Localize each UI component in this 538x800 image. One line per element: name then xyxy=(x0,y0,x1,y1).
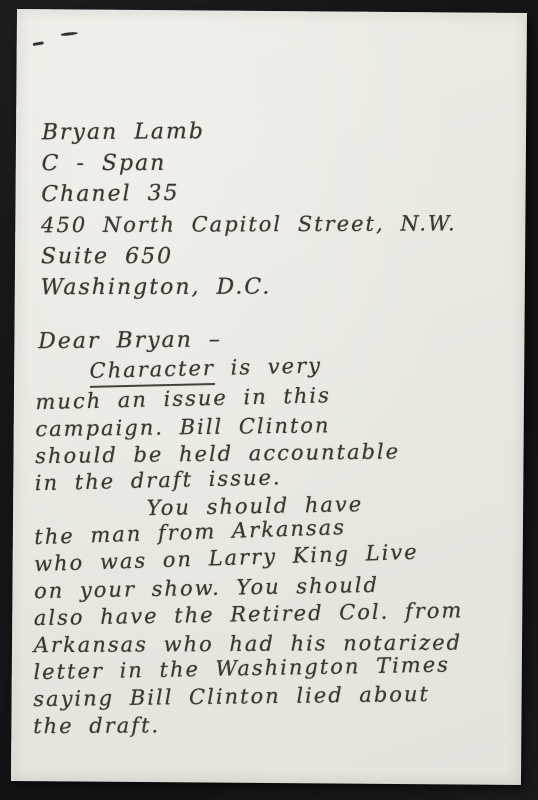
body-line: saying Bill Clinton lied about xyxy=(33,680,519,713)
address-line: Suite 650 xyxy=(41,241,457,272)
letter-paper: Bryan Lamb C - Span Chanel 35 450 North … xyxy=(11,9,527,785)
underlined-word: Character xyxy=(89,355,215,388)
letter-body: Character is very much an issue in this … xyxy=(33,359,522,744)
body-line-text: is very xyxy=(215,353,323,380)
stray-pen-mark xyxy=(61,31,78,36)
stray-pen-mark xyxy=(33,41,44,45)
address-line: Chanel 35 xyxy=(41,175,457,210)
salutation: Dear Bryan – xyxy=(38,327,222,354)
address-block: Bryan Lamb C - Span Chanel 35 450 North … xyxy=(41,117,458,306)
body-line: the draft. xyxy=(33,710,519,740)
address-line: 450 North Capitol Street, N.W. xyxy=(41,208,457,241)
address-line: Bryan Lamb xyxy=(42,115,458,149)
address-line: Washington, D.C. xyxy=(41,271,457,303)
address-line: C - Span xyxy=(42,147,458,179)
scan-frame: Bryan Lamb C - Span Chanel 35 450 North … xyxy=(0,0,538,800)
